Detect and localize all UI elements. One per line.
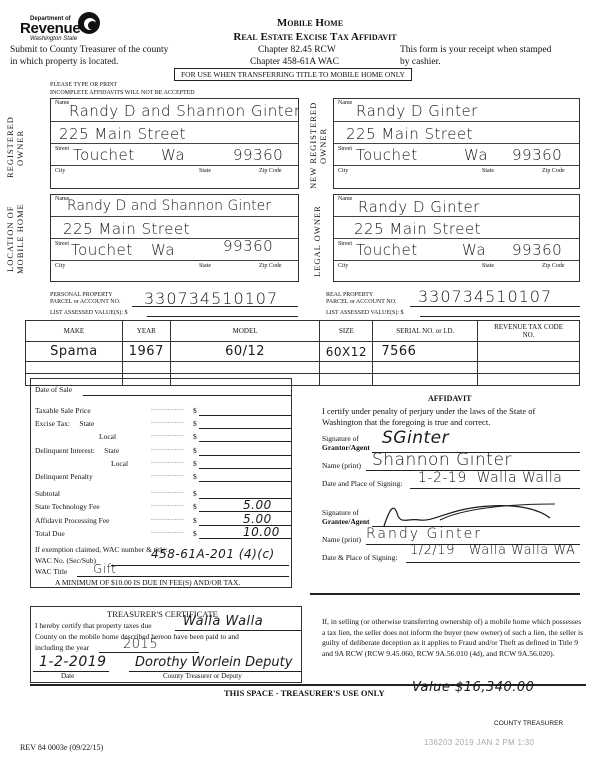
currency-symbol: $ — [193, 419, 197, 428]
col-serial: SERIAL NO. or I.D. — [373, 321, 478, 342]
assessed-label-right: LIST ASSESSED VALUE(S): $ — [326, 310, 404, 316]
location-label: LOCATION OFMOBILE HOME — [5, 193, 35, 285]
make-cell[interactable]: Spama — [26, 342, 123, 362]
treasurer-year[interactable]: 2015 — [123, 637, 158, 652]
fee-leader-dots: ...................... — [151, 459, 184, 465]
fee-label: Local — [99, 432, 116, 441]
currency-symbol: $ — [193, 489, 197, 498]
legal-owner-city[interactable]: Touchet — [356, 241, 418, 259]
treasurer-signature[interactable]: Dorothy Worlein Deputy — [135, 655, 292, 670]
location-state[interactable]: Wa — [151, 241, 175, 259]
treasurer-line-1: I hereby certify that property taxes due — [35, 621, 152, 630]
fee-label: Delinquent Interest: State — [35, 446, 119, 455]
fee-value-field[interactable] — [199, 481, 291, 482]
fee-leader-dots: ...................... — [151, 446, 184, 452]
registered-owner-label: REGISTEREDOWNER — [5, 100, 35, 195]
form-title-1: Mobile Home — [250, 17, 370, 29]
instruction-incomplete: INCOMPLETE AFFIDAVITS WILL NOT BE ACCEPT… — [50, 90, 195, 96]
grantor-date-label: Date and Place of Signing: — [322, 479, 402, 488]
treasurer-use-label: THIS SPACE - TREASURER'S USE ONLY — [224, 688, 385, 698]
legal-owner-state[interactable]: Wa — [462, 241, 486, 259]
wac-title-label: WAC Title — [35, 567, 67, 576]
col-tax-code: REVENUE TAX CODE NO. — [478, 321, 580, 342]
fee-value[interactable]: 5.00 — [243, 512, 272, 526]
fee-value-field[interactable] — [199, 468, 291, 469]
registered-owner-box: Name Street City State Zip Code Randy D … — [50, 98, 299, 189]
chapter-wac: Chapter 458-61A WAC — [250, 57, 339, 67]
grantee-sig-label-2: Grantee/Agent — [322, 517, 370, 526]
tax-code-cell[interactable] — [478, 342, 580, 362]
form-title-2: Real Estate Excise Tax Affidavit — [195, 31, 435, 43]
minimum-note: A MINIMUM OF $10.00 IS DUE IN FEE(S) AND… — [55, 578, 240, 587]
table-header-row: MAKE YEAR MODEL SIZE SERIAL NO. or I.D. … — [26, 321, 580, 342]
mobile-home-table: MAKE YEAR MODEL SIZE SERIAL NO. or I.D. … — [25, 320, 580, 386]
treasurer-certificate-box: TREASURER'S CERTIFICATE I hereby certify… — [30, 606, 302, 683]
receipt-note-2: by cashier. — [400, 57, 441, 67]
grantee-name[interactable]: Randy Ginter — [366, 526, 482, 542]
use-banner: FOR USE WHEN TRANSFERRING TITLE TO MOBIL… — [174, 68, 412, 81]
fee-value-field[interactable] — [199, 415, 291, 416]
grantee-date-label: Date & Place of Signing: — [322, 553, 397, 562]
new-registered-owner-box: Name Street City State Zip Code Randy D … — [333, 98, 580, 189]
receipt-stamp: 136203 2019 JAN 2 PM 1:30 — [424, 738, 534, 747]
real-parcel-number[interactable]: 330734510107 — [418, 287, 552, 306]
currency-symbol: $ — [193, 406, 197, 415]
location-zip[interactable]: 99360 — [223, 237, 273, 255]
grantor-sig-label-1: Signature of — [322, 434, 359, 443]
value-note: Value $16,340.00 — [412, 680, 534, 695]
fee-label: Delinquent Penalty — [35, 472, 93, 481]
new-owner-city[interactable]: Touchet — [356, 146, 418, 164]
personal-parcel-number[interactable]: 330734510107 — [144, 289, 278, 308]
dor-swirl-icon — [78, 12, 100, 34]
fee-leader-dots: ...................... — [151, 472, 184, 478]
assessed-value-right[interactable] — [420, 316, 580, 317]
fee-label: Total Due — [35, 529, 65, 538]
lien-notice: If, in selling (or otherwise transferrin… — [322, 617, 584, 659]
location-street[interactable]: 225 Main Street — [63, 220, 190, 238]
new-owner-name[interactable]: Randy D Ginter — [356, 102, 478, 120]
personal-parcel-label-2: PARCEL or ACCOUNT NO. — [50, 299, 120, 305]
registered-owner-name[interactable]: Randy D and Shannon Ginter — [69, 102, 299, 120]
treasurer-signature-label: County Treasurer or Deputy — [163, 672, 242, 680]
grantee-sig-label-1: Signature of — [322, 508, 359, 517]
legal-owner-street[interactable]: 225 Main Street — [354, 220, 481, 238]
legal-owner-label: LEGAL OWNER — [312, 196, 330, 286]
fee-leader-dots: ...................... — [151, 419, 184, 425]
affidavit-title: AFFIDAVIT — [428, 394, 471, 403]
wac-title-value[interactable]: Gift — [93, 562, 116, 576]
wac-no-label: WAC No. (Sec/Sub) — [35, 556, 96, 565]
fee-label: Local — [111, 459, 128, 468]
registered-owner-state[interactable]: Wa — [161, 146, 185, 164]
fee-leader-dots: ...................... — [151, 489, 184, 495]
logo-state: Washington State — [30, 36, 77, 42]
legal-owner-name[interactable]: Randy D Ginter — [358, 198, 480, 216]
real-parcel-label-1: REAL PROPERTY — [326, 292, 373, 298]
dor-logo: Department of Revenue Washington State — [18, 8, 108, 42]
new-owner-state[interactable]: Wa — [464, 146, 488, 164]
registered-owner-street[interactable]: 225 Main Street — [59, 125, 186, 143]
location-city[interactable]: Touchet — [71, 241, 133, 259]
fee-label: Subtotal — [35, 489, 60, 498]
fee-value[interactable]: 10.00 — [243, 525, 280, 539]
table-row: Spama 1967 60/12 60X12 7566 — [26, 342, 580, 362]
new-owner-street[interactable]: 225 Main Street — [346, 125, 473, 143]
grantor-date-place[interactable]: 1-2-19 Walla Walla — [418, 470, 562, 486]
location-name[interactable]: Randy D and Shannon Ginter — [67, 198, 299, 214]
submit-note-2: in which property is located. — [10, 57, 118, 67]
grantor-name[interactable]: Shannon Ginter — [372, 450, 512, 470]
model-cell[interactable]: 60/12 — [170, 342, 320, 362]
legal-owner-box: Name Street City State Zip Code Randy D … — [333, 194, 580, 282]
fee-leader-dots: ...................... — [151, 432, 184, 438]
exemption-label: If exemption claimed, WAC number & title… — [35, 545, 168, 554]
fee-label: Excise Tax: State — [35, 419, 94, 428]
col-model: MODEL — [170, 321, 320, 342]
fee-value-field[interactable] — [199, 428, 291, 429]
new-owner-zip[interactable]: 99360 — [512, 146, 562, 164]
date-of-sale-label: Date of Sale — [35, 385, 72, 394]
currency-symbol: $ — [193, 432, 197, 441]
grantee-name-label: Name (print) — [322, 535, 361, 544]
currency-symbol: $ — [193, 502, 197, 511]
grantor-sig-label-2: Grantor/Agent — [322, 443, 370, 452]
assessed-label-left: LIST ASSESSED VALUE(S): $ — [50, 310, 128, 316]
currency-symbol: $ — [193, 472, 197, 481]
currency-symbol: $ — [193, 459, 197, 468]
personal-parcel-label-1: PERSONAL PROPERTY — [50, 292, 113, 298]
fee-label: State Technology Fee — [35, 502, 100, 511]
legal-owner-zip[interactable]: 99360 — [512, 241, 562, 259]
fee-leader-dots: ...................... — [151, 529, 184, 535]
treasurer-county[interactable]: Walla Walla — [183, 614, 263, 629]
section-divider — [310, 593, 580, 595]
fee-box: Date of Sale Taxable Sale Price.........… — [30, 378, 292, 588]
grantor-signature[interactable]: SGinter — [382, 428, 449, 448]
location-box: Name Street City State Zip Code Randy D … — [50, 194, 299, 282]
col-make: MAKE — [26, 321, 123, 342]
fee-leader-dots: ...................... — [151, 516, 184, 522]
submit-note-1: Submit to County Treasurer of the county — [10, 45, 168, 55]
fee-leader-dots: ...................... — [151, 502, 184, 508]
serial-cell[interactable]: 7566 — [373, 342, 478, 362]
table-row — [26, 362, 580, 374]
affidavit-text-1: I certify under penalty of perjury under… — [322, 406, 535, 416]
col-year: YEAR — [122, 321, 170, 342]
instruction-print: PLEASE TYPE OR PRINT — [50, 82, 117, 88]
treasurer-date[interactable]: 1-2-2019 — [39, 654, 107, 670]
fee-value-field[interactable] — [199, 455, 291, 456]
currency-symbol: $ — [193, 529, 197, 538]
fee-value-field[interactable] — [199, 441, 291, 442]
size-cell[interactable]: 60X12 — [320, 342, 373, 362]
affidavit-text-2: Washington that the foregoing is true an… — [322, 417, 490, 427]
fee-label: Taxable Sale Price — [35, 406, 91, 415]
assessed-value-left[interactable] — [147, 316, 298, 317]
registered-owner-city[interactable]: Touchet — [73, 146, 135, 164]
year-cell[interactable]: 1967 — [122, 342, 170, 362]
date-of-sale-field[interactable] — [83, 395, 291, 396]
form-id: REV 84 0003e (09/22/15) — [20, 743, 103, 752]
logo-name: Revenue — [20, 22, 80, 36]
currency-symbol: $ — [193, 516, 197, 525]
receipt-note-1: This form is your receipt when stamped — [400, 45, 551, 55]
col-size: SIZE — [320, 321, 373, 342]
grantor-name-label: Name (print) — [322, 461, 361, 470]
fee-leader-dots: ...................... — [151, 406, 184, 412]
county-treasurer-label: COUNTY TREASURER — [494, 720, 563, 727]
fee-label: Affidavit Processing Fee — [35, 516, 109, 525]
treasurer-line-3: including the year — [35, 643, 89, 652]
registered-owner-zip[interactable]: 99360 — [233, 146, 283, 164]
real-parcel-label-2: PARCEL or ACCOUNT NO. — [326, 299, 396, 305]
grantee-date-place[interactable]: 1/2/19 Walla Walla WA — [410, 544, 580, 558]
new-registered-owner-label: NEW REGISTEREDOWNER — [308, 98, 336, 193]
fee-value[interactable]: 5.00 — [243, 498, 272, 512]
treasurer-date-label: Date — [61, 672, 74, 680]
chapter-rcw: Chapter 82.45 RCW — [258, 45, 336, 55]
wac-no-value[interactable]: 458-61A-201 (4)(c) — [151, 547, 275, 561]
currency-symbol: $ — [193, 446, 197, 455]
